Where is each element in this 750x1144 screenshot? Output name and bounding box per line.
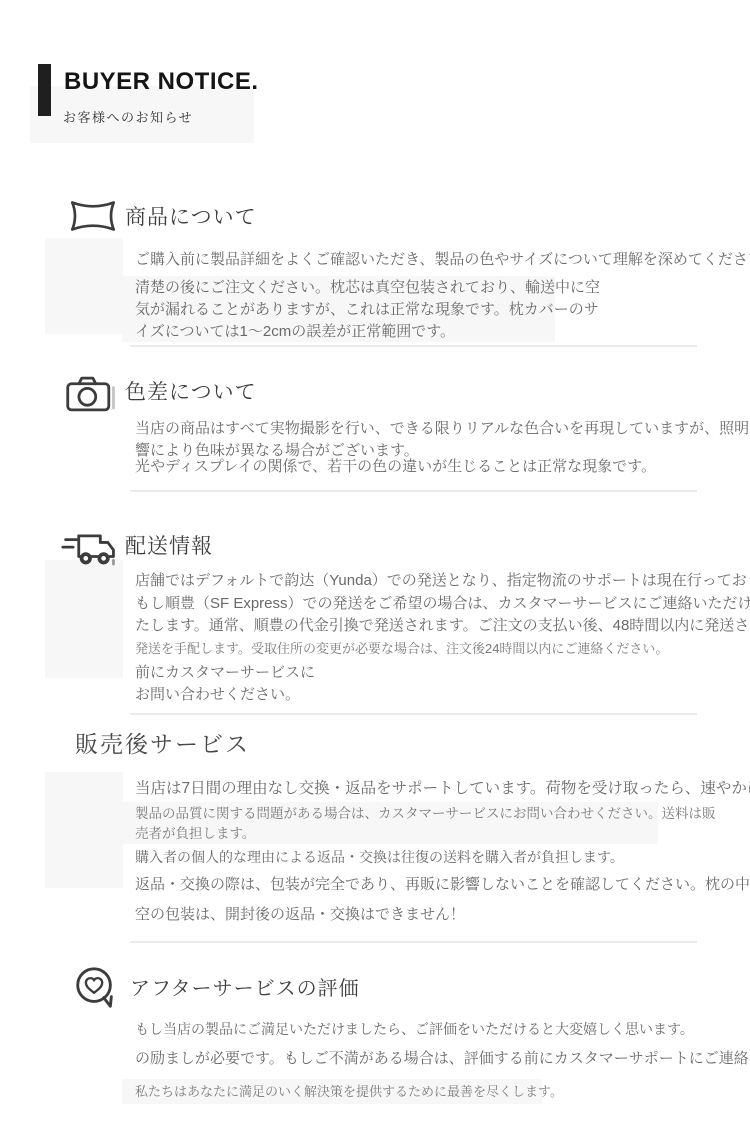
paragraph: 店舗ではデフォルトで韵达（Yunda）での発送となり、指定物流のサポートは現在行… <box>135 570 750 638</box>
pillow-icon <box>66 193 120 239</box>
paragraph: 清楚の後にご注文ください。枕芯は真空包装されており、輸送中に空 気が漏れることが… <box>135 277 600 343</box>
page-subtitle: お客様へのお知らせ <box>63 107 193 126</box>
heart-bubble-icon <box>70 964 120 1012</box>
paragraph-line: 気が漏れることがありますが、これは正常な現象です。枕カバーのサ <box>135 299 600 321</box>
background-patch <box>45 772 123 888</box>
paragraph-line: 店舗ではデフォルトで韵达（Yunda）での発送となり、指定物流のサポートは現在行… <box>135 570 750 593</box>
paragraph: 光やディスプレイの関係で、若干の色の違いが生じることは正常な現象です。 <box>135 456 656 478</box>
paragraph: 空の包装は、開封後の返品・交換はできません！ <box>135 904 465 926</box>
paragraph-line: お問い合わせください。 <box>135 684 315 706</box>
paragraph-line: 当店の商品はすべて実物撮影を行い、できる限りリアルな色合いを再現していますが、照… <box>135 418 750 440</box>
paragraph: 製品の品質に関する問題がある場合は、カスタマーサービスにお問い合わせください。送… <box>135 804 716 844</box>
section-title: アフターサービスの評価 <box>130 972 360 1001</box>
paragraph: 当店は7日間の理由なし交換・返品をサポートしています。荷物を受け取ったら、速やか… <box>135 778 750 800</box>
paragraph-line: 売者が負担します。 <box>135 824 716 844</box>
paragraph: の励ましが必要です。もしご不満がある場合は、評価する前にカスタマーサポートにご連… <box>135 1048 750 1070</box>
buyer-notice-page: BUYER NOTICE. お客様へのお知らせ 商品について ご購入前に製品詳細… <box>0 0 750 1144</box>
paragraph: 購入者の個人的な理由による返品・交換は往復の送料を購入者が負担します。 <box>135 846 624 868</box>
divider <box>130 345 697 347</box>
truck-icon <box>60 528 120 570</box>
divider <box>130 490 697 492</box>
section-title: 配送情報 <box>125 530 213 560</box>
section-title: 色差について <box>125 376 257 406</box>
background-patch <box>45 560 123 678</box>
background-patch <box>45 238 123 334</box>
accent-bar <box>38 64 51 116</box>
section-title: 販売後サービス <box>75 726 250 759</box>
paragraph-line: たします。通常、順豊の代金引換で発送されます。ご注文の支払い後、48時間以内に発… <box>135 615 750 638</box>
paragraph-line: 製品の品質に関する問題がある場合は、カスタマーサービスにお問い合わせください。送… <box>135 804 716 824</box>
paragraph-line: 前にカスタマーサービスに <box>135 662 315 684</box>
divider <box>130 713 697 715</box>
paragraph: 私たちはあなたに満足のいく解決策を提供するために最善を尽くします。 <box>135 1081 563 1103</box>
paragraph-line: もし順豊（SF Express）での発送をご希望の場合は、カスタマーサービスにご… <box>135 593 750 616</box>
paragraph: 返品・交換の際は、包装が完全であり、再販に影響しないことを確認してください。枕の… <box>135 874 750 896</box>
divider <box>130 941 697 943</box>
paragraph-line: イズについては1〜2cmの誤差が正常範囲です。 <box>135 321 600 343</box>
paragraph: 発送を手配します。受取住所の変更が必要な場合は、注文後24時間以内にご連絡くださ… <box>135 638 668 660</box>
paragraph: ご購入前に製品詳細をよくご確認いただき、製品の色やサイズについて理解を深めてくだ… <box>135 249 750 271</box>
page-title: BUYER NOTICE. <box>64 68 259 96</box>
paragraph: 前にカスタマーサービスに お問い合わせください。 <box>135 662 315 706</box>
paragraph: もし当店の製品にご満足いただけましたら、ご評価をいただけると大変嬉しく思います。 <box>135 1018 694 1040</box>
paragraph-line: 清楚の後にご注文ください。枕芯は真空包装されており、輸送中に空 <box>135 277 600 299</box>
camera-icon <box>64 372 120 416</box>
section-title: 商品について <box>125 201 257 231</box>
